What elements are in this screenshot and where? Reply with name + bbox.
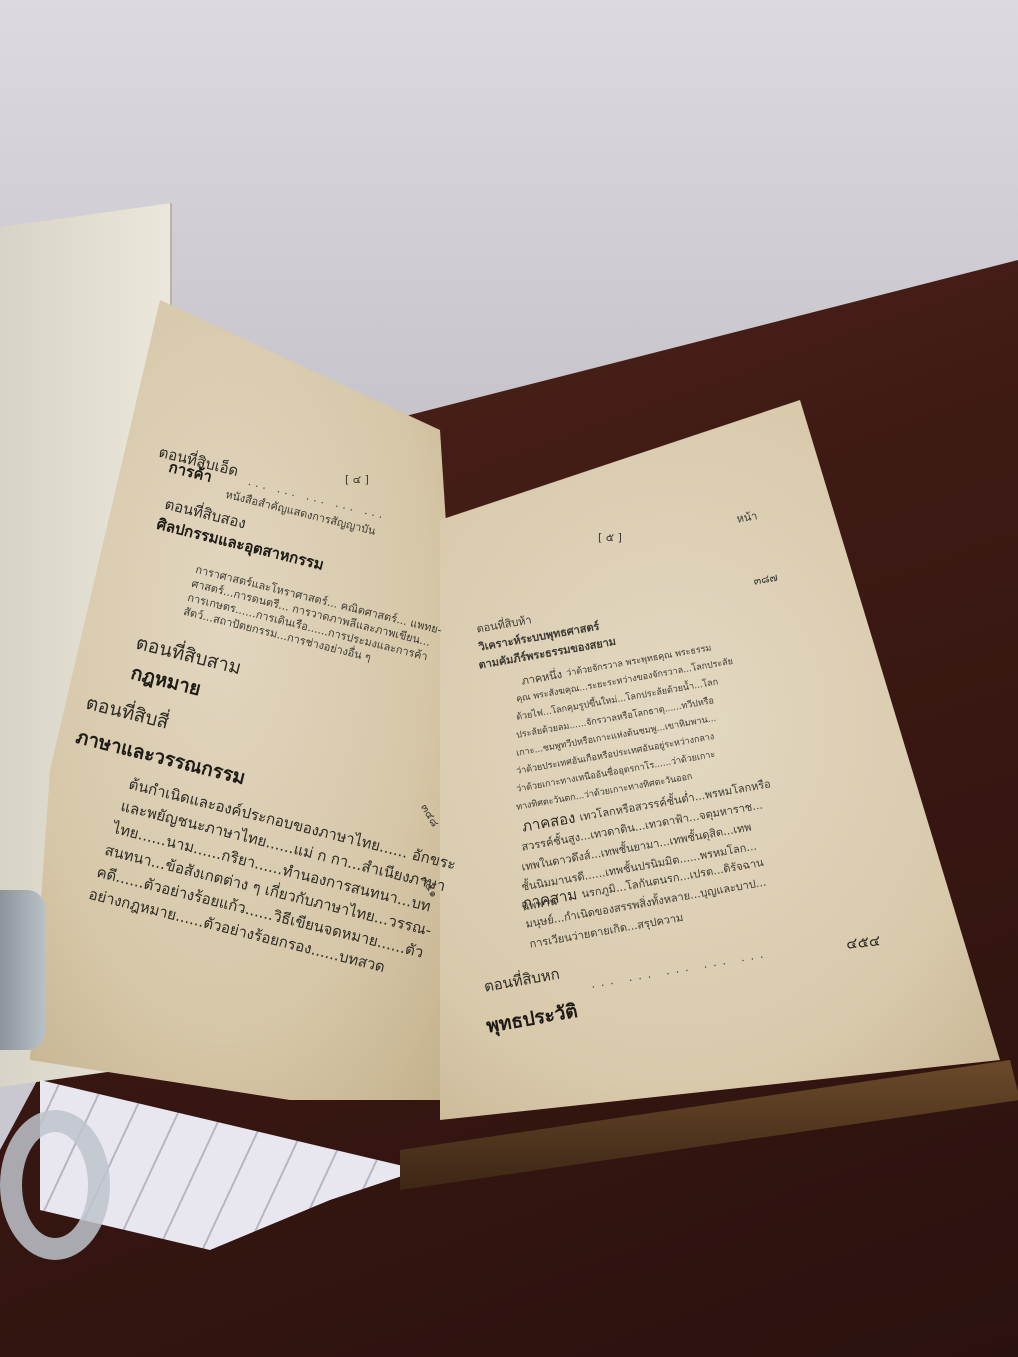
- page-clip-ring: [0, 1110, 110, 1260]
- page-column-header: หน้า: [735, 506, 759, 527]
- page-marker-left: [ ๔ ]: [345, 470, 369, 488]
- page-clip-bar: [0, 890, 45, 1050]
- toc-page-16: ๔๕๔: [845, 928, 881, 955]
- page-marker-right: [ ๕ ]: [598, 528, 622, 546]
